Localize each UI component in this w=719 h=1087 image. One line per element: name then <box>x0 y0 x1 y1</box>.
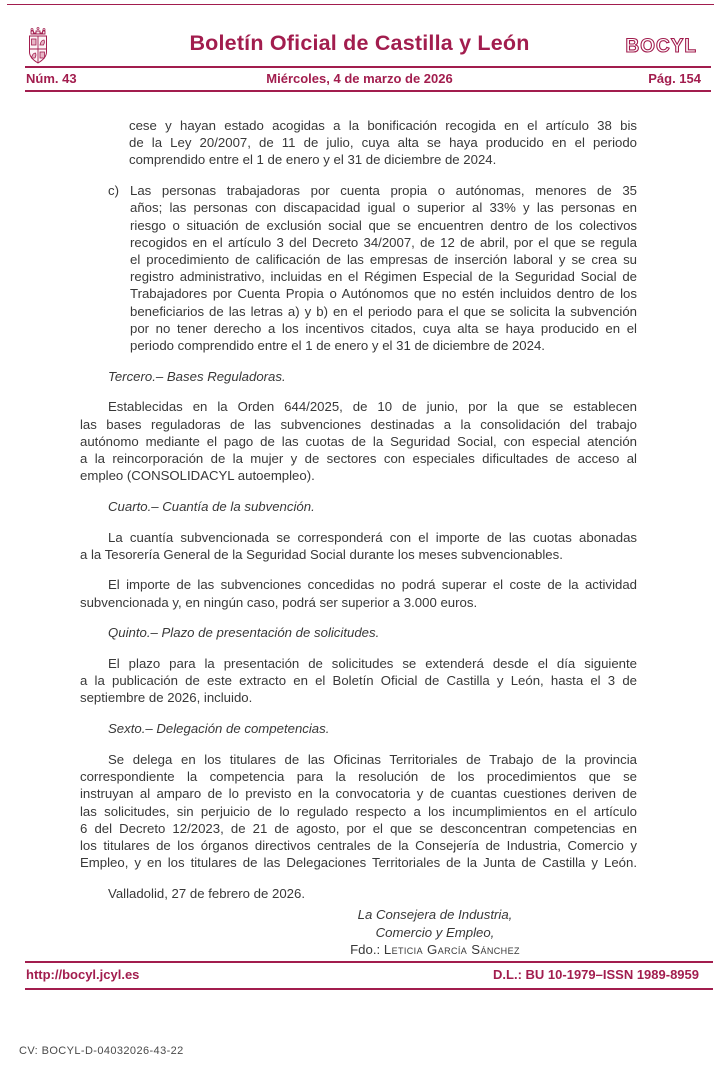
text-line: a la reincorporación de la mujer y de se… <box>80 450 637 467</box>
section-heading: Tercero.– Bases Reguladoras. <box>80 368 637 385</box>
text-line: subvencionada y, en ningún caso, podrá s… <box>80 594 637 611</box>
footer-deposit-legal: D.L.: BU 10-1979–ISSN 1989-8959 <box>493 967 699 982</box>
issue-date: Miércoles, 4 de marzo de 2026 <box>0 71 719 86</box>
signer-prefix: Fdo.: <box>350 942 384 957</box>
text-line: Valladolid, 27 de febrero de 2026. <box>80 885 637 902</box>
text-line: correspondiente la competencia para la r… <box>80 768 637 785</box>
text-line: El importe de las subvenciones concedida… <box>80 576 637 593</box>
text-line: por no tener derecho a los incentivos ci… <box>130 320 637 337</box>
footer-url-link[interactable]: http://bocyl.jcyl.es <box>26 967 139 982</box>
page-number: Pág. 154 <box>648 71 701 86</box>
paragraph: El plazo para la presentación de solicit… <box>80 655 637 707</box>
section-heading: Quinto.– Plazo de presentación de solici… <box>80 624 637 641</box>
signature-signer: Fdo.: Leticia García Sánchez <box>270 941 600 959</box>
text-line: recogidos en el artículo 3 del Decreto 3… <box>130 234 637 251</box>
header-rule-bottom <box>25 90 711 92</box>
text-line: a la publicación de este extracto en el … <box>80 672 637 689</box>
text-line: Se delega en los titulares de las Oficin… <box>80 751 637 768</box>
text-line: periodo comprendido entre el 1 de enero … <box>130 337 637 354</box>
text-line: La cuantía subvencionada se corresponder… <box>80 529 637 546</box>
page-title: Boletín Oficial de Castilla y León <box>0 31 719 56</box>
paragraph: Establecidas en la Orden 644/2025, de 10… <box>80 398 637 484</box>
text-line: Las personas trabajadoras por cuenta pro… <box>130 182 637 199</box>
paragraph: Valladolid, 27 de febrero de 2026. <box>80 885 637 902</box>
text-line: a la Tesorería General de la Seguridad S… <box>80 546 637 563</box>
issue-info-bar: Núm. 43 Miércoles, 4 de marzo de 2026 Pá… <box>0 71 719 87</box>
footer-bar: http://bocyl.jcyl.es D.L.: BU 10-1979–IS… <box>0 967 719 983</box>
header-rule-top <box>25 66 711 68</box>
paragraph: El importe de las subvenciones concedida… <box>80 576 637 610</box>
top-border-line <box>7 4 714 5</box>
footer-rule-bottom <box>25 988 713 990</box>
paragraph: La cuantía subvencionada se corresponder… <box>80 529 637 563</box>
signature-role-line-1: La Consejera de Industria, <box>270 906 600 924</box>
text-line: instruyan al amparo de lo previsto en la… <box>80 785 637 802</box>
list-item-marker: c) <box>108 182 119 199</box>
text-line: el procedimiento de calificación de las … <box>130 251 637 268</box>
text-line: Trabajadores por Cuenta Propia o Autónom… <box>130 285 637 302</box>
paragraph: Se delega en los titulares de las Oficin… <box>80 751 637 871</box>
bocyl-logo: BOCYL <box>626 36 698 58</box>
cv-verification-code: CV: BOCYL-D-04032026-43-22 <box>19 1045 184 1057</box>
text-line: cese y hayan estado acogidas a la bonifi… <box>129 117 637 134</box>
signature-role-line-2: Comercio y Empleo, <box>270 924 600 942</box>
text-line: Empleo, y en los titulares de las Delega… <box>80 854 637 871</box>
text-line: registro administrativo, incluidas en el… <box>130 268 637 285</box>
paragraph: cese y hayan estado acogidas a la bonifi… <box>80 117 637 169</box>
bocyl-document-page: Boletín Oficial de Castilla y León BOCYL… <box>0 0 719 1087</box>
text-line: El plazo para la presentación de solicit… <box>80 655 637 672</box>
text-line: las bases reguladoras de las subvencione… <box>80 416 637 433</box>
text-line: autónomo mediante el pago de las cuotas … <box>80 433 637 450</box>
text-line: riesgo o situación de exclusión social q… <box>130 217 637 234</box>
text-line: septiembre de 2026, incluido. <box>80 689 637 706</box>
section-heading: Cuarto.– Cuantía de la subvención. <box>80 498 637 515</box>
signature-block: La Consejera de Industria, Comercio y Em… <box>270 906 600 959</box>
text-line: de la Ley 20/2007, de 11 de julio, cuya … <box>129 134 637 151</box>
footer-rule-top <box>25 961 713 963</box>
paragraph: c)Las personas trabajadoras por cuenta p… <box>80 182 637 354</box>
signer-name: Leticia García Sánchez <box>384 942 520 957</box>
text-line: años; las personas con discapacidad igua… <box>130 199 637 216</box>
text-line: empleo (CONSOLIDACYL autoempleo). <box>80 467 637 484</box>
text-line: comprendido entre el 1 de enero y el 31 … <box>129 151 637 168</box>
text-line: 6 del Decreto 12/2023, de 21 de agosto, … <box>80 820 637 837</box>
document-body: cese y hayan estado acogidas a la bonifi… <box>80 117 637 916</box>
text-line: Establecidas en la Orden 644/2025, de 10… <box>80 398 637 415</box>
text-line: los titulares de los órganos directivos … <box>80 837 637 854</box>
text-line: beneficiarios de las letras a) y b) en e… <box>130 303 637 320</box>
section-heading: Sexto.– Delegación de competencias. <box>80 720 637 737</box>
text-line: las solicitudes, sin perjuicio de lo reg… <box>80 803 637 820</box>
